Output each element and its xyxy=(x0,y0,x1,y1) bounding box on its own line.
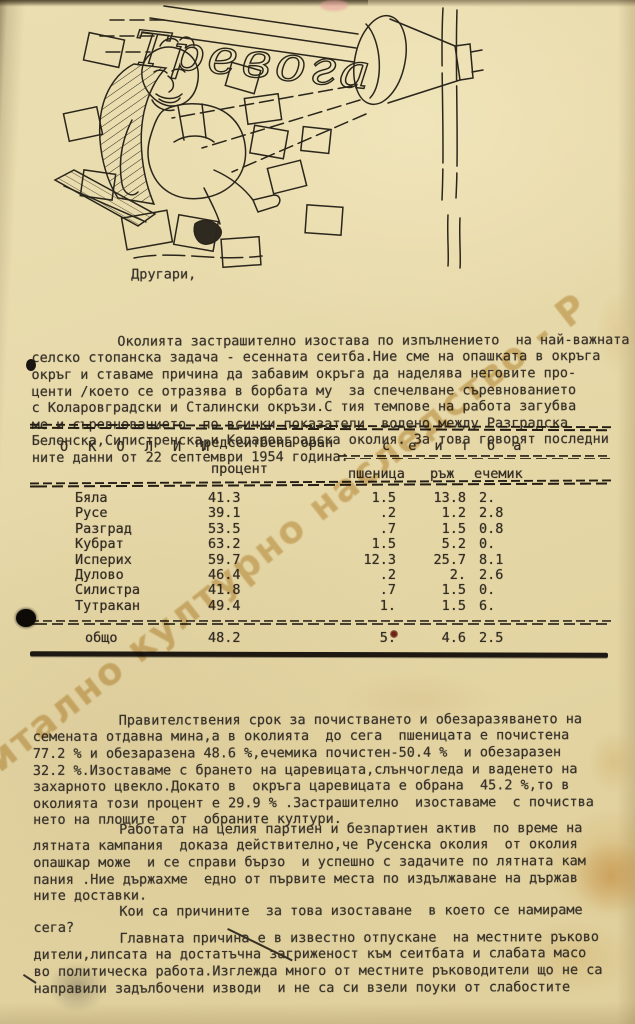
table-rule-bottom xyxy=(30,651,608,657)
salutation: Другари, xyxy=(131,266,196,283)
group-header-sowing: с е и т б а xyxy=(382,438,526,454)
district-name: Кубрат xyxy=(75,536,124,552)
plow-percent: 39.1 xyxy=(208,505,256,521)
table-row: Разград 53.5 .7 1.5 0.8 xyxy=(30,521,612,536)
barley-value: 2.8 xyxy=(479,505,535,521)
table-row: Дулово 46.4 .2 2. 2.6 xyxy=(30,567,612,582)
scanned-document-page: Тревога xyxy=(0,0,635,1024)
stain-dot xyxy=(390,630,398,638)
barley-value: 2. xyxy=(479,490,535,506)
paragraph: Главната причина е в известно отпускане … xyxy=(33,879,629,997)
text-line: 77.2 % и обезаразена 48.6 %,ечемика почи… xyxy=(33,744,629,763)
plow-percent: 46.4 xyxy=(208,567,256,583)
table-row: Кубрат 63.2 1.5 5.2 0. xyxy=(30,536,612,551)
hole-punch xyxy=(16,609,36,627)
plow-percent: 41.3 xyxy=(208,490,256,506)
column-header-districts: О К О Л И И xyxy=(60,439,215,455)
wheat-value: 12.3 xyxy=(330,552,396,568)
district-name: Русе xyxy=(75,505,108,521)
text-line: селско стопанска задача - есенната сеитб… xyxy=(31,348,627,367)
rye-value: 25.7 xyxy=(408,552,466,568)
table-rule-sowing xyxy=(338,455,610,459)
barley-value: 6. xyxy=(479,598,535,614)
district-name: Разград xyxy=(75,521,132,537)
text-line: направили задълбочени изводи и не са си … xyxy=(34,978,630,997)
total-barley-value: 2.5 xyxy=(479,630,535,646)
wheat-value: .2 xyxy=(330,505,396,521)
table-rule-top xyxy=(30,424,612,432)
total-label: общо xyxy=(85,630,118,646)
subheader-wheat: пшеница xyxy=(348,466,405,482)
plow-percent: 59.7 xyxy=(208,552,256,568)
sub-headers: пшеница ръж ечемик xyxy=(30,466,612,481)
plow-percent: 63.2 xyxy=(208,536,256,552)
table-row: Русе 39.1 .2 1.2 2.8 xyxy=(30,505,612,520)
table-row: Бяла 41.3 1.5 13.8 2. xyxy=(30,490,612,505)
total-row: общо 48.2 5. 4.6 2.5 xyxy=(30,630,612,646)
wheat-value: .7 xyxy=(330,582,396,598)
rye-value: 2. xyxy=(408,567,466,583)
barley-value: 8.1 xyxy=(479,552,535,568)
plow-percent: 41.8 xyxy=(208,582,256,598)
rye-value: 1.2 xyxy=(408,505,466,521)
wheat-value: .2 xyxy=(330,567,396,583)
table-row: Тутракан 49.4 1. 1.5 6. xyxy=(30,598,612,613)
text-line: Правителствения срок за почистването и о… xyxy=(33,711,629,730)
text-line: дители,липсата на достатъчна загриженост… xyxy=(34,945,630,964)
district-name: Тутракан xyxy=(75,598,140,614)
district-name: Бяла xyxy=(75,490,108,506)
wheat-value: .7 xyxy=(330,521,396,537)
statistics-table: О К О Л И И предсеитбена оран процент с … xyxy=(30,424,612,672)
total-plow-percent: 48.2 xyxy=(208,630,256,646)
text-line: окръг и ставаме причина да забавим окръг… xyxy=(31,365,627,384)
plow-percent: 49.4 xyxy=(208,598,256,614)
table-rule-pretotal xyxy=(30,620,612,625)
text-line: семената отдавна мина,а в околията до се… xyxy=(33,727,629,746)
district-name: Силистра xyxy=(75,582,140,598)
wheat-value: 1.5 xyxy=(330,490,396,506)
table-rows: Бяла 41.3 1.5 13.8 2. Русе 39.1 .2 1.2 2… xyxy=(30,490,612,613)
total-wheat-value: 5. xyxy=(330,630,396,646)
total-rye-value: 4.6 xyxy=(408,630,466,646)
district-name: Исперих xyxy=(75,552,132,568)
rye-value: 1.5 xyxy=(408,582,466,598)
table-row: Исперих 59.7 12.3 25.7 8.1 xyxy=(30,552,612,567)
barley-value: 0. xyxy=(479,536,535,552)
text-line: с Коларовградски и Сталински окръзи.С ти… xyxy=(32,398,628,417)
wheat-value: 1.5 xyxy=(330,536,396,552)
table-row: Силистра 41.8 .7 1.5 0. xyxy=(30,582,612,597)
barley-value: 0.8 xyxy=(479,521,535,537)
district-name: Дулово xyxy=(75,567,124,583)
rye-value: 5.2 xyxy=(408,536,466,552)
barley-value: 2.6 xyxy=(479,567,535,583)
rye-value: 13.8 xyxy=(408,490,466,506)
rye-value: 1.5 xyxy=(408,521,466,537)
plow-percent: 53.5 xyxy=(208,521,256,537)
wheat-value: 1. xyxy=(330,598,396,614)
ink-blot xyxy=(26,359,36,371)
rye-value: 1.5 xyxy=(408,598,466,614)
barley-value: 0. xyxy=(479,582,535,598)
column-header-plowing: предсеитбена оран xyxy=(195,435,333,451)
text-line: во политическа работа.Изглежда много от … xyxy=(34,962,630,981)
